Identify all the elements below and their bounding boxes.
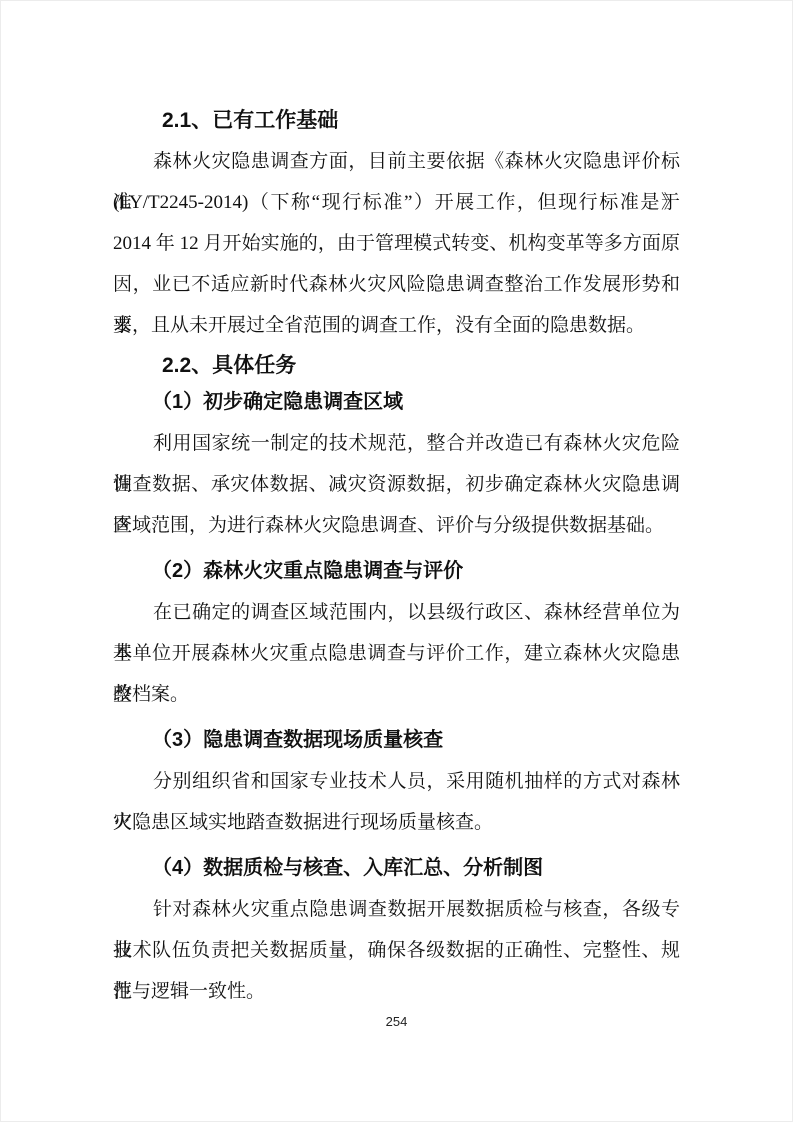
paragraph-line: 区域范围，为进行森林火灾隐患调查、评价与分级提供数据基础。 <box>113 505 680 546</box>
paragraph-line: 改档案。 <box>113 674 680 715</box>
paragraph-line: 因，业已不适应新时代森林火灾风险隐患调查整治工作发展形势和要 <box>113 264 680 305</box>
subsection-heading-2: （2）森林火灾重点隐患调查与评价 <box>113 551 680 592</box>
paragraph-line: 分别组织省和国家专业技术人员，采用随机抽样的方式对森林火 <box>113 761 680 802</box>
page-number: 254 <box>0 1014 793 1029</box>
document-page: 2.1、已有工作基础 森林火灾隐患调查方面，目前主要依据《森林火灾隐患评价标准》… <box>0 0 793 1122</box>
subsection-heading-4: （4）数据质检与核查、入库汇总、分析制图 <box>113 848 680 889</box>
subsection-heading-1: （1）初步确定隐患调查区域 <box>113 382 680 423</box>
paragraph-line: 本单位开展森林火灾重点隐患调查与评价工作，建立森林火灾隐患整 <box>113 633 680 674</box>
paragraph-line: 技术队伍负责把关数据质量，确保各级数据的正确性、完整性、规范 <box>113 930 680 971</box>
paragraph-line: 性与逻辑一致性。 <box>113 971 680 1012</box>
paragraph-line: 2014 年 12 月开始实施的，由于管理模式转变、机构变革等多方面原 <box>113 223 680 264</box>
section-heading-2-1: 2.1、已有工作基础 <box>113 100 680 141</box>
paragraph-line: 利用国家统一制定的技术规范，整合并改造已有森林火灾危险性 <box>113 423 680 464</box>
paragraph-line: 灾隐患区域实地踏查数据进行现场质量核查。 <box>113 802 680 843</box>
subsection-heading-3: （3）隐患调查数据现场质量核查 <box>113 720 680 761</box>
paragraph-line: (LY/T2245-2014)（下称“现行标准”）开展工作，但现行标准是于 <box>113 182 680 223</box>
paragraph-line: 森林火灾隐患调查方面，目前主要依据《森林火灾隐患评价标准》 <box>113 141 680 182</box>
paragraph-line: 调查数据、承灾体数据、减灾资源数据，初步确定森林火灾隐患调查 <box>113 464 680 505</box>
document-body: 2.1、已有工作基础 森林火灾隐患调查方面，目前主要依据《森林火灾隐患评价标准》… <box>113 100 680 1012</box>
paragraph-line: 在已确定的调查区域范围内，以县级行政区、森林经营单位为基 <box>113 592 680 633</box>
paragraph-line: 针对森林火灾重点隐患调查数据开展数据质检与核查，各级专业 <box>113 889 680 930</box>
paragraph-line: 求，且从未开展过全省范围的调查工作，没有全面的隐患数据。 <box>113 305 680 346</box>
section-heading-2-2: 2.2、具体任务 <box>113 350 680 382</box>
